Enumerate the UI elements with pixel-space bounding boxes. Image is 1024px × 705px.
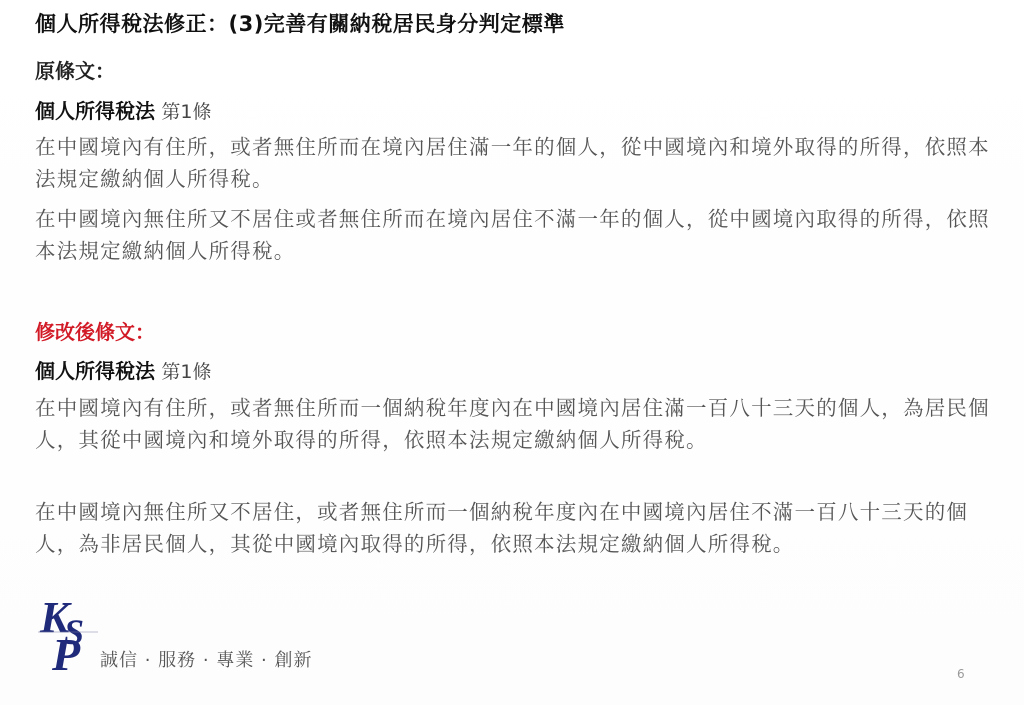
- amended-heading: 修改後條文：: [35, 316, 155, 345]
- original-law-reference: 個人所得稅法 第1條: [35, 95, 211, 124]
- original-paragraph-2: 在中國境內無住所又不居住或者無住所而在境內居住不滿一年的個人，從中國境內取得的所…: [35, 203, 995, 267]
- amended-paragraph-1: 在中國境內有住所，或者無住所而一個納稅年度內在中國境內居住滿一百八十三天的個人，…: [35, 392, 995, 456]
- law-name: 個人所得稅法: [35, 99, 155, 123]
- amended-law-reference: 個人所得稅法 第1條: [35, 355, 211, 384]
- original-heading: 原條文：: [35, 55, 115, 84]
- page-number: 6: [957, 667, 965, 681]
- law-name: 個人所得稅法: [35, 359, 155, 383]
- svg-text:P: P: [51, 629, 81, 672]
- ksp-logo-icon: K S P: [38, 592, 108, 672]
- slide-title: 個人所得稅法修正：(3)完善有關納稅居民身分判定標準: [35, 8, 565, 38]
- original-paragraph-1: 在中國境內有住所，或者無住所而在境內居住滿一年的個人，從中國境內和境外取得的所得…: [35, 131, 995, 195]
- article-number: 第1條: [161, 361, 211, 383]
- slide: 個人所得稅法修正：(3)完善有關納稅居民身分判定標準 原條文： 個人所得稅法 第…: [0, 0, 1024, 705]
- amended-paragraph-2: 在中國境內無住所又不居住，或者無住所而一個納稅年度內在中國境內居住不滿一百八十三…: [35, 496, 995, 560]
- company-slogan: 誠信 · 服務 · 專業 · 創新: [100, 646, 313, 672]
- article-number: 第1條: [161, 101, 211, 123]
